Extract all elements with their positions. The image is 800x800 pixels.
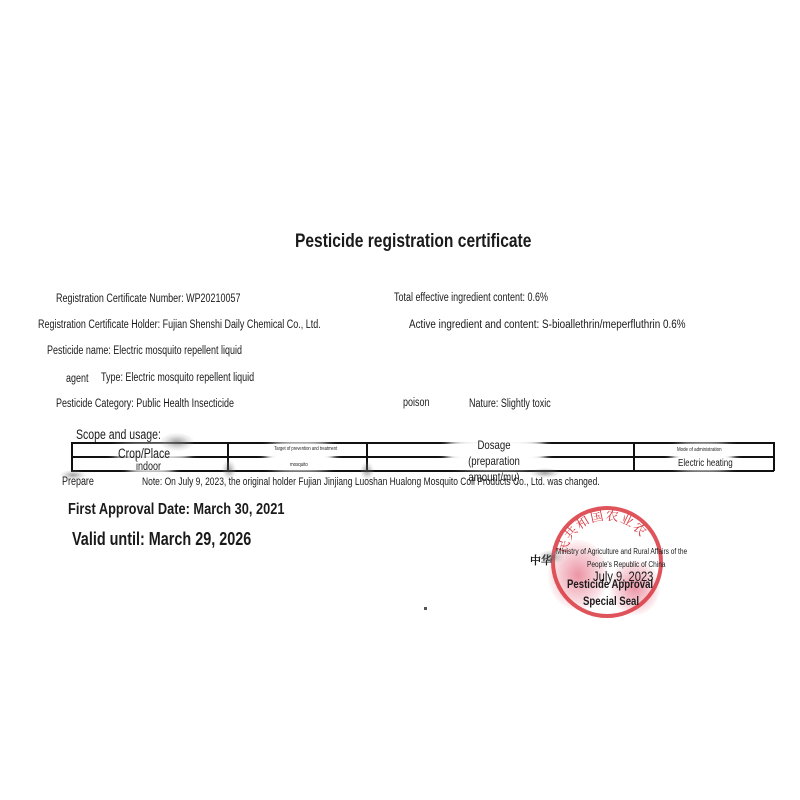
certificate-holder: Registration Certificate Holder: Fujian … xyxy=(38,319,321,331)
registration-number: Registration Certificate Number: WP20210… xyxy=(56,293,240,305)
toxicity-nature: Nature: Slightly toxic xyxy=(469,398,551,410)
table-line-v5 xyxy=(773,442,775,471)
scope-heading: Scope and usage: xyxy=(76,427,161,442)
cell-target: mosquito xyxy=(290,462,308,468)
column-target: Target of prevention and treatment xyxy=(272,444,340,455)
active-ingredient: Active ingredient and content: S-bioalle… xyxy=(409,319,686,331)
first-approval-date: First Approval Date: March 30, 2021 xyxy=(68,501,285,519)
pesticide-name: Pesticide name: Electric mosquito repell… xyxy=(47,345,242,357)
total-ingredient-content: Total effective ingredient content: 0.6% xyxy=(394,292,548,304)
agent-label: agent xyxy=(66,373,88,385)
table-line-v1 xyxy=(71,442,73,471)
prepare-label: Prepare xyxy=(62,476,94,488)
cell-crop-place: indoor xyxy=(136,461,161,473)
poison-label: poison xyxy=(403,397,429,409)
seal-label-line1: Pesticide Approval xyxy=(567,577,653,591)
cell-mode: Electric heating xyxy=(678,458,733,469)
pesticide-type: Type: Electric mosquito repellent liquid xyxy=(101,372,254,384)
change-note: Note: On July 9, 2023, the original hold… xyxy=(142,476,600,488)
document-title: Pesticide registration certificate xyxy=(295,231,531,253)
table-line-v4 xyxy=(633,442,635,471)
column-crop-place: Crop/Place xyxy=(118,446,170,461)
stray-mark xyxy=(424,607,427,610)
column-mode: Mode of administration xyxy=(677,447,722,453)
seal-authority-line1: Ministry of Agriculture and Rural Affair… xyxy=(556,547,687,556)
table-line-bottom xyxy=(71,470,774,472)
seal-label-line2: Special Seal xyxy=(583,594,639,608)
pesticide-category: Pesticide Category: Public Health Insect… xyxy=(56,398,234,410)
valid-until-date: Valid until: March 29, 2026 xyxy=(72,529,251,550)
